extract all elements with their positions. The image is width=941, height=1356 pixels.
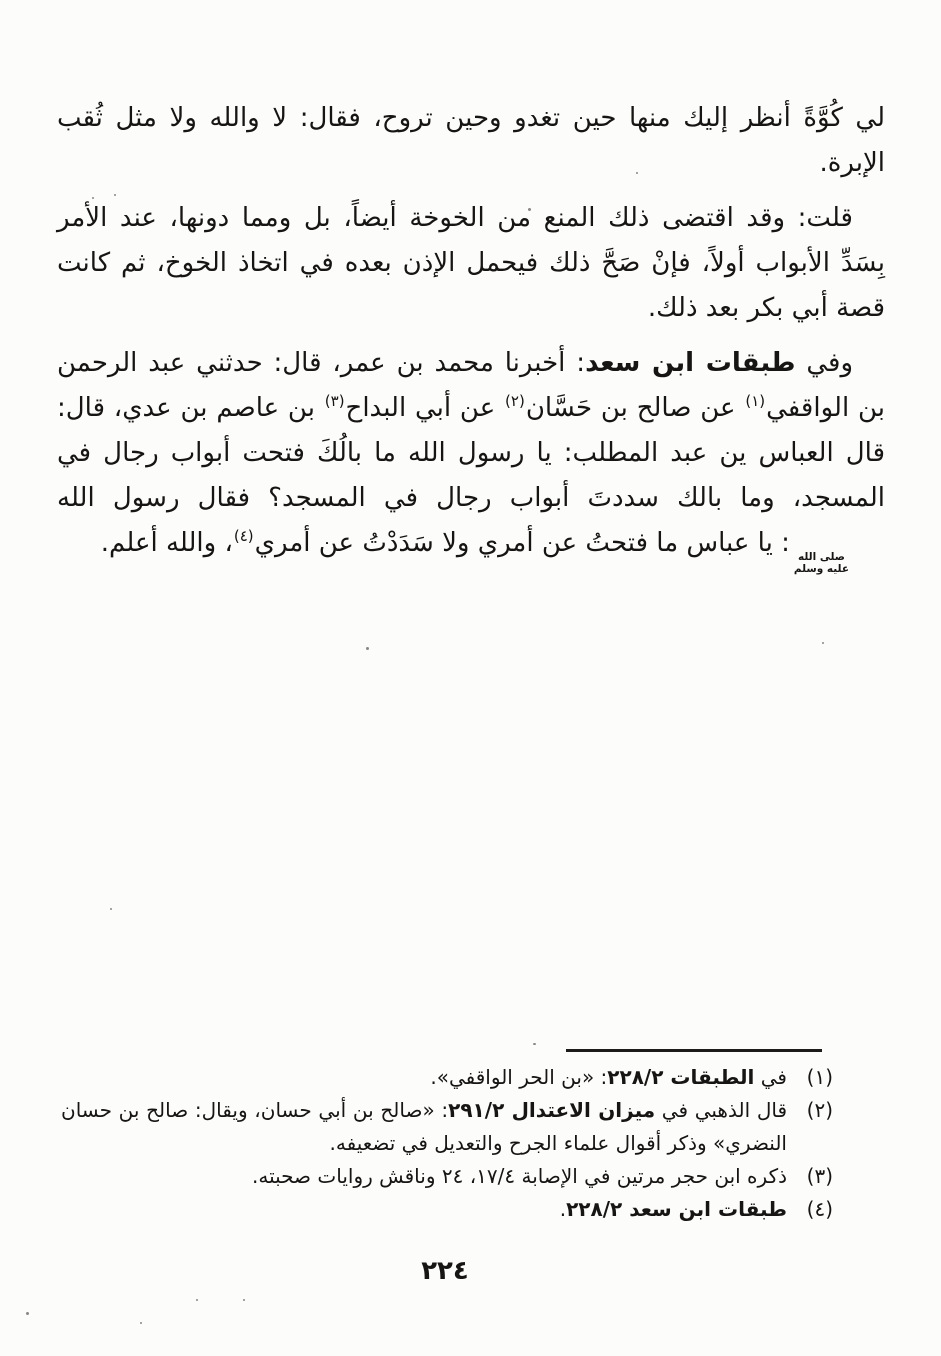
- footnote-text: طبقات ابن سعد ٢٢٨/٢.: [61, 1193, 787, 1226]
- scan-speck: [366, 647, 369, 650]
- text-run: : «بن الحر الواقفي».: [430, 1065, 607, 1089]
- text-run: لي كُوَّةً أنظر إليك منها حين تغدو وحين …: [57, 103, 885, 178]
- scan-speck: [114, 194, 116, 196]
- paragraph-3: وفي طبقات ابن سعد: أخبرنا محمد بن عمر، ق…: [57, 341, 885, 575]
- scan-speck: [533, 1043, 536, 1045]
- text-run: قلت: وقد اقتضى ذلك المنع من الخوخة أيضاً…: [57, 203, 885, 323]
- salawat-ligature: صلى اللهعليه وسلم: [794, 552, 881, 575]
- text-run: عن صالح بن حَسَّان: [526, 393, 745, 423]
- footnote-ref-marker: (٢): [505, 392, 525, 410]
- footnote-text: قال الذهبي في ميزان الاعتدال ٢٩١/٢: «صال…: [61, 1094, 787, 1160]
- page-number: ٢٢٤: [0, 1256, 890, 1286]
- scan-speck: [636, 172, 638, 174]
- scan-speck: [92, 197, 94, 199]
- footnote-text: ذكره ابن حجر مرتين في الإصابة ١٧/٤، ٢٤ و…: [61, 1160, 787, 1193]
- text-run: طبقات ابن سعد: [585, 348, 795, 378]
- footnote-text: في الطبقات ٢٢٨/٢: «بن الحر الواقفي».: [61, 1061, 787, 1094]
- scan-speck: [822, 642, 824, 644]
- footnote-separator: [566, 1049, 822, 1052]
- footnote-ref-marker: (٣): [325, 392, 345, 410]
- scan-speck: [243, 1299, 245, 1301]
- footnote-4: (٤)طبقات ابن سعد ٢٢٨/٢.: [61, 1193, 833, 1226]
- footnotes-block: (١)في الطبقات ٢٢٨/٢: «بن الحر الواقفي».(…: [61, 1061, 833, 1226]
- text-run: طبقات ابن سعد ٢٢٨/٢: [566, 1197, 787, 1221]
- main-text-block: لي كُوَّةً أنظر إليك منها حين تغدو وحين …: [57, 96, 885, 585]
- footnote-ref-marker: (١): [745, 392, 765, 410]
- footnote-number: (١): [797, 1061, 833, 1094]
- scan-speck: [196, 1299, 198, 1301]
- scan-speck: [26, 1312, 29, 1315]
- text-run: ميزان الاعتدال ٢٩١/٢: [448, 1098, 655, 1122]
- footnote-number: (٤): [797, 1193, 833, 1226]
- text-run: في: [754, 1065, 787, 1089]
- footnote-2: (٢)قال الذهبي في ميزان الاعتدال ٢٩١/٢: «…: [61, 1094, 833, 1160]
- text-run: ، والله أعلم.: [101, 528, 233, 558]
- paragraph-2: قلت: وقد اقتضى ذلك المنع من الخوخة أيضاً…: [57, 196, 885, 331]
- text-run: وفي: [795, 348, 853, 378]
- salawat-line: عليه وسلم: [794, 564, 881, 576]
- salawat-line: صلى الله: [798, 552, 877, 564]
- paragraph-1: لي كُوَّةً أنظر إليك منها حين تغدو وحين …: [57, 96, 885, 186]
- scan-speck: [140, 1322, 142, 1324]
- scan-speck: [528, 208, 531, 211]
- text-run: : يا عباس ما فتحتُ عن أمري ولا سَدَدْتُ …: [255, 528, 790, 558]
- text-run: عن أبي البداح: [346, 393, 504, 423]
- footnote-1: (١)في الطبقات ٢٢٨/٢: «بن الحر الواقفي».: [61, 1061, 833, 1094]
- scanned-book-page: لي كُوَّةً أنظر إليك منها حين تغدو وحين …: [0, 0, 941, 1356]
- footnote-ref-marker: (٤): [234, 527, 254, 545]
- scan-speck: [110, 908, 112, 910]
- footnote-number: (٣): [797, 1160, 833, 1193]
- text-run: الطبقات ٢٢٨/٢: [607, 1065, 754, 1089]
- footnote-number: (٢): [797, 1094, 833, 1160]
- footnote-3: (٣)ذكره ابن حجر مرتين في الإصابة ١٧/٤، ٢…: [61, 1160, 833, 1193]
- text-run: قال الذهبي في: [655, 1098, 787, 1122]
- text-run: ذكره ابن حجر مرتين في الإصابة ١٧/٤، ٢٤ و…: [252, 1164, 787, 1188]
